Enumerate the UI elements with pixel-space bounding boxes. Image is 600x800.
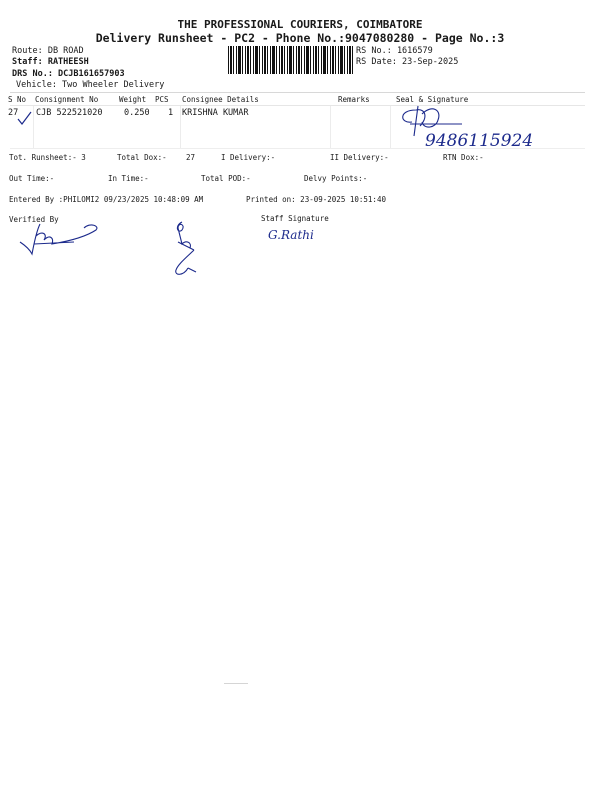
in-time: In Time:- xyxy=(108,174,149,183)
printed-on: Printed on: 23-09-2025 10:51:40 xyxy=(246,195,386,204)
staff-signature: G.Rathi xyxy=(268,228,314,242)
col-divider xyxy=(180,106,181,148)
company-title: THE PROFESSIONAL COURIERS, COIMBATORE xyxy=(0,18,600,31)
checkmark-icon xyxy=(16,110,32,126)
scan-mark xyxy=(224,683,248,684)
col-remarks: Remarks xyxy=(338,95,370,104)
row-bottom-rule xyxy=(10,148,585,149)
col-consignee-details: Consignee Details xyxy=(182,95,259,104)
total-dox-label: Total Dox:- xyxy=(117,153,167,162)
header-top-rule xyxy=(10,92,585,93)
i-delivery: I Delivery:- xyxy=(221,153,275,162)
verifier-signature xyxy=(14,216,104,256)
total-pod: Total POD:- xyxy=(201,174,251,183)
entered-by: Entered By :PHILOMI2 09/23/2025 10:48:09… xyxy=(9,195,203,204)
cell-consignment-no: CJB 522521020 xyxy=(36,108,103,118)
cell-weight: 0.250 xyxy=(124,108,150,118)
col-sno: S No xyxy=(8,95,26,104)
delvy-points: Delvy Points:- xyxy=(304,174,367,183)
out-time: Out Time:- xyxy=(9,174,54,183)
cell-pcs: 1 xyxy=(168,108,173,118)
col-pcs: PCS xyxy=(155,95,169,104)
col-divider xyxy=(330,106,331,148)
second-signature xyxy=(168,220,204,278)
drs-number: DRS No.: DCJB161657903 xyxy=(12,69,125,79)
col-weight: Weight xyxy=(119,95,146,104)
staff-label: Staff: RATHEESH xyxy=(12,57,89,67)
rs-number: RS No.: 1616579 xyxy=(356,46,433,56)
header-bottom-rule xyxy=(10,105,585,106)
staff-signature-label: Staff Signature xyxy=(261,214,329,223)
total-dox-value: 27 xyxy=(186,153,195,162)
col-divider xyxy=(390,106,391,148)
route-label: Route: DB ROAD xyxy=(12,46,84,56)
rtn-dox: RTN Dox:- xyxy=(443,153,484,162)
runsheet-subtitle: Delivery Runsheet - PC2 - Phone No.:9047… xyxy=(0,31,600,45)
barcode xyxy=(228,46,354,74)
col-divider xyxy=(33,106,34,148)
cell-consignee: KRISHNA KUMAR xyxy=(182,108,249,118)
tot-runsheet: Tot. Runsheet:- 3 xyxy=(9,153,86,162)
vehicle-label: Vehicle: Two Wheeler Delivery xyxy=(16,80,164,90)
col-consignment-no: Consignment No xyxy=(35,95,98,104)
rs-date: RS Date: 23-Sep-2025 xyxy=(356,57,458,67)
ii-delivery: II Delivery:- xyxy=(330,153,389,162)
